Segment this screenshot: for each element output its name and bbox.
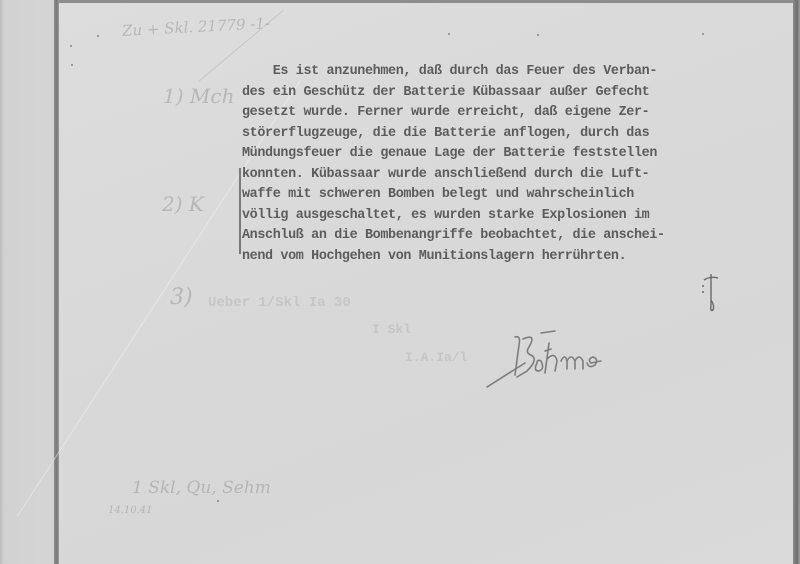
handwritten-initial-mark xyxy=(700,272,722,312)
typed-paragraph: Es ist anzunehmen, daß durch das Feuer d… xyxy=(242,62,665,267)
margin-vertical-mark xyxy=(239,168,241,254)
typed-line: störerflugzeuge, die die Batterie anflog… xyxy=(242,124,665,145)
scanned-document: Zu + Skl. 21779 -1- 1) Mch 2) K 3) 1 Skl… xyxy=(0,0,800,564)
dust-speck xyxy=(70,45,72,47)
page-right-edge xyxy=(793,0,800,564)
typed-line: gesetzt wurde. Ferner wurde erreicht, da… xyxy=(242,103,665,124)
margin-note-2: 2) K xyxy=(162,192,204,216)
dust-speck xyxy=(448,33,450,35)
dust-speck xyxy=(702,33,704,35)
page-left-edge xyxy=(54,0,59,564)
bottom-handwritten-date: 14.10.41 xyxy=(108,505,153,516)
signature xyxy=(485,325,645,395)
faded-line-1: Ueber 1/Skl Ia 30 xyxy=(208,295,351,311)
typed-line: des ein Geschütz der Batterie Kübassaar … xyxy=(242,83,665,104)
typed-line: waffe mit schweren Bomben belegt und wah… xyxy=(242,185,665,206)
dust-speck xyxy=(71,64,73,66)
dust-speck xyxy=(97,35,99,37)
dust-speck xyxy=(217,500,219,502)
typed-line: Mündungsfeuer die genaue Lage der Batter… xyxy=(242,144,665,165)
faded-line-2: I Skl xyxy=(372,322,411,337)
bottom-handwritten-note: 1 Skl, Qu, Sehm xyxy=(132,478,271,498)
typed-line: völlig ausgeschaltet, es wurden starke E… xyxy=(242,206,665,227)
typed-line: Anschluß an die Bombenangriffe beobachte… xyxy=(242,226,665,247)
typed-line: nend vom Hochgehen von Munitionslagern h… xyxy=(242,247,665,268)
typed-line: konnten. Kübassaar wurde anschließend du… xyxy=(242,165,665,186)
typed-line: Es ist anzunehmen, daß durch das Feuer d… xyxy=(242,62,665,83)
margin-note-3: 3) xyxy=(170,285,193,310)
adjacent-page-strip xyxy=(0,0,56,564)
page-top-edge xyxy=(59,0,800,3)
margin-note-1: 1) Mch xyxy=(163,84,234,108)
faded-line-3: I.A.Ia/l xyxy=(405,350,467,365)
dust-speck xyxy=(537,34,539,36)
